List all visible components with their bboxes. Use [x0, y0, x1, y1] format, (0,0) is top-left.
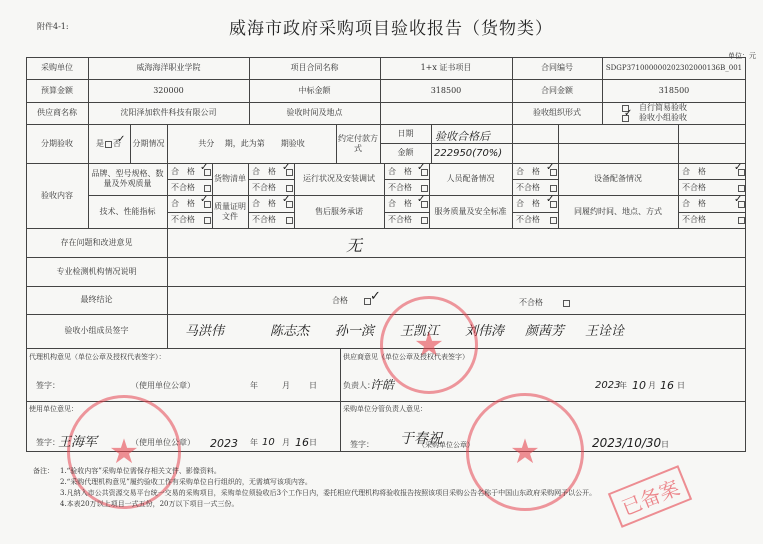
notes-label: 备注： — [33, 466, 54, 476]
inspection-item-name: 服务质量及安全标准 — [429, 195, 512, 228]
checkmark-icon: ✓ — [417, 194, 425, 205]
member-signature: 马洪伟 — [185, 320, 224, 339]
conclusion-fail[interactable]: 不合格 — [519, 298, 570, 308]
user-unit-signature: 王海军 — [58, 431, 97, 450]
bid-value: 318500 — [380, 79, 512, 102]
inspection-item-name: 售后服务承诺 — [294, 195, 384, 228]
month-label: 月 — [282, 438, 290, 448]
inspection-item-name: 品牌、型号规格、数量及外观质量 — [88, 163, 167, 195]
payment-date-label: 日期 — [380, 124, 431, 143]
supplier-date-year: 2023 — [595, 380, 620, 391]
day-label: 日 — [661, 440, 669, 450]
attachment-label: 附件4-1: — [37, 22, 69, 32]
filed-stamp: 已备案 — [608, 465, 692, 528]
inspection-item-name: 设备配备情况 — [558, 163, 678, 195]
agency-year: 年 — [250, 381, 258, 391]
budget-label: 预算金额 — [26, 79, 88, 102]
year-label: 年 — [619, 381, 627, 391]
note-item: 1.“验收内容”采购单位需保存相关文件、影像资料。 — [60, 466, 221, 476]
note-item: 2.“采购代理机构意见”履约验收工作有采购单位自行组织的，无需填写该项内容。 — [60, 477, 312, 487]
fail-option[interactable]: 不合格 — [516, 183, 557, 193]
conclusion-pass[interactable]: 合格 — [332, 296, 371, 306]
user-unit-label: 使用单位意见： — [29, 404, 78, 414]
purchaser-head-sign-label: 签字： — [350, 440, 374, 450]
fail-option[interactable]: 不合格 — [682, 215, 745, 225]
user-unit-date-month: 10 — [262, 437, 275, 448]
inspection-item-name: 技术、性能指标 — [88, 195, 167, 228]
org-form-label: 验收组织形式 — [512, 102, 602, 124]
contract-amount-value: 318500 — [602, 79, 746, 102]
checkmark-icon: ✓ — [282, 194, 290, 205]
checkmark-icon: ✓ — [417, 162, 425, 173]
issues-value: 无 — [346, 233, 362, 256]
payment-method-label: 约定付款方式 — [336, 124, 380, 163]
checkmark-icon: ✓ — [734, 162, 742, 173]
purchaser-head-date: 2023/10/30 — [592, 436, 661, 450]
budget-value: 320000 — [88, 79, 249, 102]
contract-name-value: 1+x 证书项目 — [380, 57, 512, 79]
agency-day: 日 — [309, 381, 317, 391]
user-unit-seal-note: （使用单位公章） — [131, 438, 195, 448]
fail-option[interactable]: 不合格 — [516, 215, 557, 225]
fail-option[interactable]: 不合格 — [171, 183, 211, 193]
inspection-item-name: 人员配备情况 — [429, 163, 512, 195]
checkmark-icon: ✓ — [546, 194, 554, 205]
fail-option[interactable]: 不合格 — [388, 183, 428, 193]
signatures-label: 验收小组成员签字 — [26, 314, 167, 348]
agency-sign-label: 签字： — [36, 381, 60, 391]
supplier-value: 沈阳泽加软件科技有限公司 — [88, 102, 249, 124]
purchaser-label: 采购单位 — [26, 57, 88, 79]
inspection-label: 验收内容 — [26, 163, 88, 228]
checkmark-icon: ✓ — [734, 194, 742, 205]
checkmark-icon: ✓ — [282, 162, 290, 173]
inspection-item-name: 货物清单 — [212, 163, 248, 195]
user-unit-sign-label: 签字： — [36, 438, 60, 448]
contract-name-label: 项目合同名称 — [249, 57, 380, 79]
fail-option[interactable]: 不合格 — [252, 215, 293, 225]
agency-label: 代理机构意见（单位公章及授权代表签字）： — [29, 352, 166, 362]
supplier-opinion-label: 供应商意见（单位公章及授权代表签字） — [343, 352, 469, 362]
user-unit-date-day: 16 — [295, 436, 309, 449]
purchaser-value: 威海海洋职业学院 — [88, 57, 249, 79]
member-signature: 颜茜芳 — [525, 320, 564, 339]
supplier-person-signature: 许皓 — [370, 376, 394, 393]
checkmark-icon: ✓ — [370, 289, 381, 304]
fail-option[interactable]: 不合格 — [388, 215, 428, 225]
payment-amount-label: 金额 — [380, 143, 431, 163]
inspection-item-name: 同履约时间、地点、方式 — [558, 195, 678, 228]
checkmark-icon: ✓ — [117, 134, 125, 145]
checkmark-icon: ✓ — [624, 108, 632, 119]
fail-option[interactable]: 不合格 — [252, 183, 293, 193]
month-label: 月 — [648, 381, 656, 391]
contract-no-label: 合同编号 — [512, 57, 602, 79]
user-unit-date-year: 2023 — [210, 437, 238, 450]
checkmark-icon: ✓ — [200, 162, 208, 173]
payment-amount-value: 222950(70%) — [434, 148, 502, 159]
purchaser-head-label: 采购单位分管负责人意见： — [343, 404, 427, 414]
installment-label: 分期验收 — [26, 124, 88, 163]
supplier-seal: ★ — [380, 296, 478, 394]
time-place-label: 验收时间及地点 — [249, 102, 380, 124]
purchaser-head-seal-note: （采购单位公章） — [418, 440, 474, 450]
installment-situation-label: 分期情况 — [130, 124, 167, 163]
year-label: 年 — [250, 438, 258, 448]
checkmark-icon: ✓ — [200, 194, 208, 205]
day-label: 日 — [677, 381, 685, 391]
conclusion-label: 最终结论 — [26, 286, 167, 314]
page-title: 威海市政府采购项目验收报告（货物类） — [229, 14, 553, 39]
agency-seal-note: （使用单位公章） — [131, 381, 195, 391]
contract-amount-label: 合同金额 — [512, 79, 602, 102]
inspection-item-name: 质量证明文件 — [212, 195, 248, 228]
agency-month: 月 — [282, 381, 290, 391]
supplier-label: 供应商名称 — [26, 102, 88, 124]
supplier-date-day: 16 — [660, 379, 674, 392]
note-item: 3.凡纳入市公共资源交易平台统一交易的采购项目，采购单位须验收后3个工作日内，委… — [60, 488, 596, 498]
member-signature: 王诠诠 — [585, 320, 624, 339]
testing-label: 专业检测机构情况说明 — [26, 257, 167, 286]
supplier-date-month: 10 — [632, 379, 646, 392]
contract-no-value: SDGP371000000202302000136B_001 — [602, 57, 746, 79]
checkmark-icon: ✓ — [546, 162, 554, 173]
fail-option[interactable]: 不合格 — [682, 183, 745, 193]
note-item: 4.本表20万以上项目一式五份，20万以下项目一式三份。 — [60, 499, 239, 509]
inspection-item-name: 运行状况及安装调试 — [294, 163, 384, 195]
fail-option[interactable]: 不合格 — [171, 215, 211, 225]
day-label: 日 — [309, 438, 317, 448]
member-signature: 孙一滨 — [335, 320, 374, 339]
issues-label: 存在问题和改进意见 — [26, 228, 167, 257]
installment-situation-text: 共分 期，此为第 期验收 — [167, 124, 336, 163]
bid-label: 中标金额 — [249, 79, 380, 102]
member-signature: 陈志杰 — [270, 320, 309, 339]
payment-date-value: 验收合格后 — [435, 128, 490, 144]
